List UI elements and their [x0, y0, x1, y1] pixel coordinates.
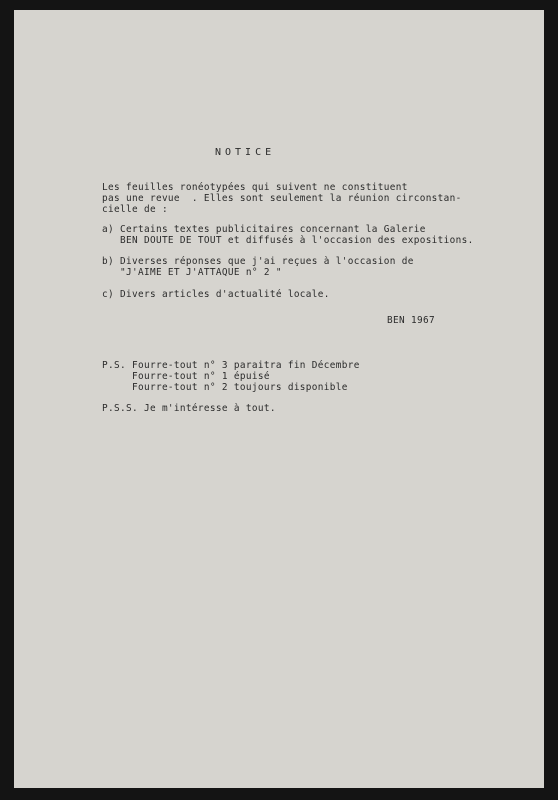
page-title: NOTICE — [215, 147, 275, 158]
ps-line-3: Fourre-tout n° 2 toujours disponible — [102, 382, 348, 393]
item-b-line-2: "J'AIME ET J'ATTAQUE n° 2 " — [102, 267, 282, 278]
item-b-line-1: b) Diverses réponses que j'ai reçues à l… — [102, 256, 414, 267]
pss-line: P.S.S. Je m'intéresse à tout. — [102, 403, 276, 414]
item-a-line-1: a) Certains textes publicitaires concern… — [102, 224, 426, 235]
intro-line-3: cielle de : — [102, 204, 168, 215]
document-page: NOTICE Les feuilles ronéotypées qui suiv… — [14, 10, 544, 788]
intro-line-1: Les feuilles ronéotypées qui suivent ne … — [102, 182, 408, 193]
signature: BEN 1967 — [387, 315, 435, 326]
intro-line-2: pas une revue . Elles sont seulement la … — [102, 193, 462, 204]
item-c-line-1: c) Divers articles d'actualité locale. — [102, 289, 330, 300]
ps-line-1: P.S. Fourre-tout n° 3 paraitra fin Décem… — [102, 360, 360, 371]
ps-line-2: Fourre-tout n° 1 épuisé — [102, 371, 270, 382]
item-a-line-2: BEN DOUTE DE TOUT et diffusés à l'occasi… — [102, 235, 474, 246]
